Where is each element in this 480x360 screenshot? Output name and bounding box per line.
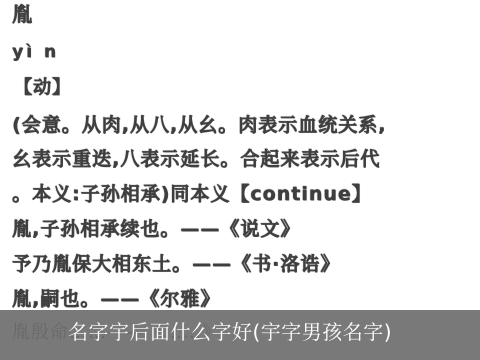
- caption-title: 名字宇后面什么字好(宇字男孩名字): [68, 318, 392, 346]
- definition-line: 。本义:子孙相承)同本义【continue】: [12, 182, 372, 206]
- page: 胤 yì n 【动】 (会意。从肉,从八,从幺。肉表示血统关系, 幺表示重迭,八…: [0, 0, 480, 360]
- part-of-speech: 【动】: [14, 76, 71, 100]
- dictionary-pinyin: yì n: [12, 40, 59, 64]
- definition-line: (会意。从肉,从八,从幺。肉表示血统关系,: [12, 113, 386, 137]
- citation-line: 胤,嗣也。——《尔雅》: [12, 287, 220, 311]
- definition-line: 幺表示重迭,八表示延长。合起来表示后代: [12, 147, 380, 171]
- citation-line: 予乃胤保大相东土。——《书·洛诰》: [12, 252, 340, 276]
- dictionary-headword: 胤: [12, 2, 33, 26]
- citation-line: 胤,子孙相承续也。——《说文》: [12, 217, 300, 241]
